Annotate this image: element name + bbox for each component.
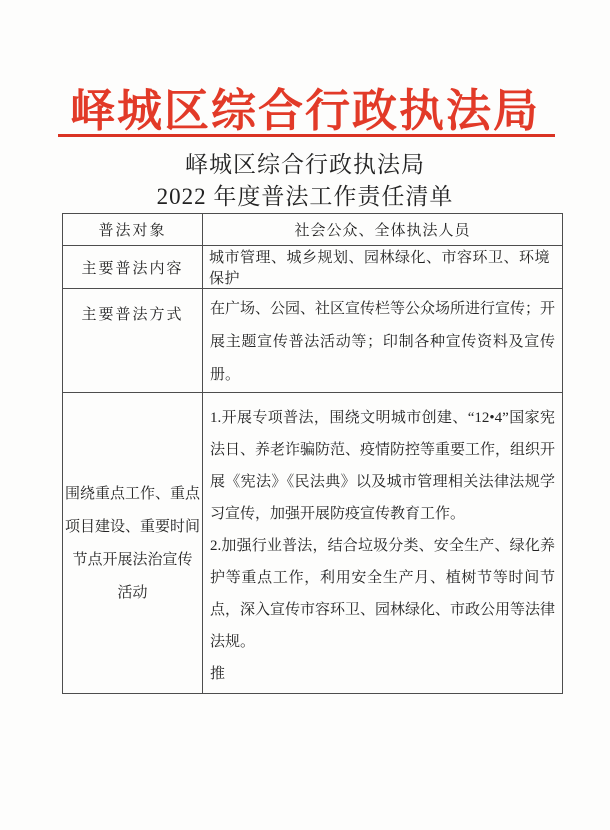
letterhead-banner-title: 峄城区综合行政执法局 bbox=[0, 74, 610, 139]
content-paragraph-3: 推 bbox=[210, 658, 555, 690]
row-content-pufa-fangshi: 在广场、公园、社区宣传栏等公众场所进行宣传；开展主题宣传普法活动等；印制各种宣传… bbox=[203, 289, 563, 393]
row-label-pufa-fangshi: 主要普法方式 bbox=[63, 289, 203, 393]
document-title-line1: 峄城区综合行政执法局 bbox=[0, 146, 610, 179]
document-page: 峄城区综合行政执法局 峄城区综合行政执法局 2022 年度普法工作责任清单 普法… bbox=[0, 0, 610, 830]
table-row: 主要普法方式 在广场、公园、社区宣传栏等公众场所进行宣传；开展主题宣传普法活动等… bbox=[63, 289, 563, 393]
label-line: 项目建设、重要时间 bbox=[63, 511, 202, 544]
row-content-pufa-neirong: 城市管理、城乡规划、园林绿化、市容环卫、环境保护 bbox=[203, 246, 563, 289]
row-content-pufa-duixiang: 社会公众、全体执法人员 bbox=[203, 214, 563, 246]
document-title-line2: 2022 年度普法工作责任清单 bbox=[0, 178, 610, 211]
letterhead-red-rule bbox=[58, 134, 555, 137]
label-line: 活动 bbox=[63, 577, 202, 610]
content-paragraph-2: 2.加强行业普法，结合垃圾分类、安全生产、绿化养护等重点工作，利用安全生产月、植… bbox=[210, 530, 555, 658]
label-line: 围绕重点工作、重点 bbox=[63, 478, 202, 511]
row-label-pufa-duixiang: 普法对象 bbox=[63, 214, 203, 246]
row-label-pufa-neirong: 主要普法内容 bbox=[63, 246, 203, 289]
table-row: 主要普法内容 城市管理、城乡规划、园林绿化、市容环卫、环境保护 bbox=[63, 246, 563, 289]
table-row: 普法对象 社会公众、全体执法人员 bbox=[63, 214, 563, 246]
responsibility-table: 普法对象 社会公众、全体执法人员 主要普法内容 城市管理、城乡规划、园林绿化、市… bbox=[62, 213, 563, 694]
content-paragraph-1: 1.开展专项普法，围绕文明城市创建、“12•4”国家宪法日、养老诈骗防范、疫情防… bbox=[210, 402, 555, 530]
table-row: 围绕重点工作、重点 项目建设、重要时间 节点开展法治宣传 活动 1.开展专项普法… bbox=[63, 393, 563, 694]
row-label-key-work: 围绕重点工作、重点 项目建设、重要时间 节点开展法治宣传 活动 bbox=[63, 393, 203, 694]
label-line: 节点开展法治宣传 bbox=[63, 544, 202, 577]
row-content-key-work: 1.开展专项普法，围绕文明城市创建、“12•4”国家宪法日、养老诈骗防范、疫情防… bbox=[203, 393, 563, 694]
